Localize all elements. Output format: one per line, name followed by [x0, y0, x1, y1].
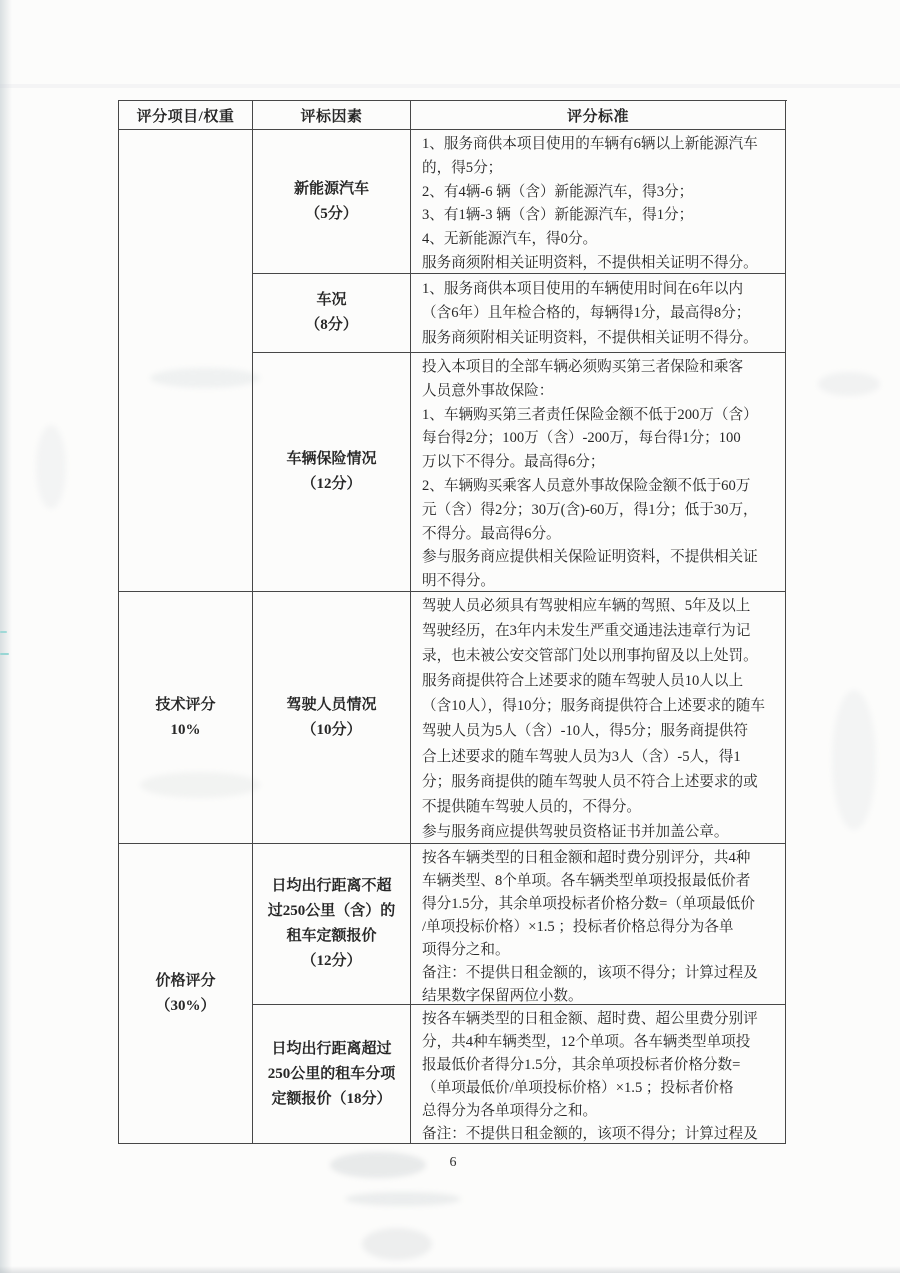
- criteria-cell-insurance: 投入本项目的全部车辆必须购买第三者保险和乘客 人员意外事故保险： 1、车辆购买第…: [411, 353, 786, 592]
- scan-artifact: [0, 1266, 900, 1273]
- scan-artifact: [362, 1228, 432, 1260]
- header-cell-criteria: 评分标准: [411, 101, 786, 130]
- criteria-cell-drivers: 驾驶人员必须具有驾驶相应车辆的驾照、5年及以上 驾驶经历，在3年内未发生严重交通…: [411, 592, 786, 844]
- document-page: 评分项目/权重 评标因素 评分标准 技术评分 10% 价格评分 （30%） 新能…: [0, 0, 900, 1273]
- header-cell-factor: 评标因素: [253, 101, 411, 130]
- page-number: 6: [403, 1155, 503, 1171]
- scan-artifact: [0, 653, 9, 655]
- factor-cell-condition: 车况 （8分）: [253, 274, 411, 353]
- weight-cell-empty: [119, 130, 253, 592]
- criteria-cell-condition: 1、服务商供本项目使用的车辆使用时间在6年以内 （含6年）且年检合格的，每辆得1…: [411, 274, 786, 353]
- factor-cell-new-energy: 新能源汽车 （5分）: [253, 130, 411, 274]
- scan-edge-strip: [0, 0, 12, 1273]
- criteria-cell-quote-under-250km: 按各车辆类型的日租金额和超时费分别评分，共4种 车辆类型、8个单项。各车辆类型单…: [411, 844, 786, 1005]
- criteria-cell-new-energy: 1、服务商供本项目使用的车辆有6辆以上新能源汽车 的，得5分； 2、有4辆-6 …: [411, 130, 786, 274]
- header-cell-project-weight: 评分项目/权重: [119, 101, 253, 130]
- factor-cell-insurance: 车辆保险情况 （12分）: [253, 353, 411, 592]
- scan-artifact: [818, 372, 880, 396]
- scan-artifact: [0, 84, 900, 88]
- scoring-table: 评分项目/权重 评标因素 评分标准 技术评分 10% 价格评分 （30%） 新能…: [118, 100, 787, 1144]
- weight-cell-price: 价格评分 （30%）: [119, 844, 253, 1144]
- factor-cell-quote-over-250km: 日均出行距离超过 250公里的租车分项 定额报价（18分）: [253, 1005, 411, 1144]
- weight-cell-technical: 技术评分 10%: [119, 592, 253, 844]
- scan-artifact: [345, 1192, 461, 1206]
- criteria-cell-quote-over-250km: 按各车辆类型的日租金额、超时费、超公里费分别评 分，共4种车辆类型，12个单项。…: [411, 1005, 786, 1144]
- scan-artifact: [0, 631, 7, 633]
- scan-artifact: [36, 425, 66, 509]
- scan-artifact: [832, 690, 876, 830]
- factor-cell-quote-under-250km: 日均出行距离不超 过250公里（含）的 租车定额报价 （12分）: [253, 844, 411, 1005]
- factor-cell-drivers: 驾驶人员情况 （10分）: [253, 592, 411, 844]
